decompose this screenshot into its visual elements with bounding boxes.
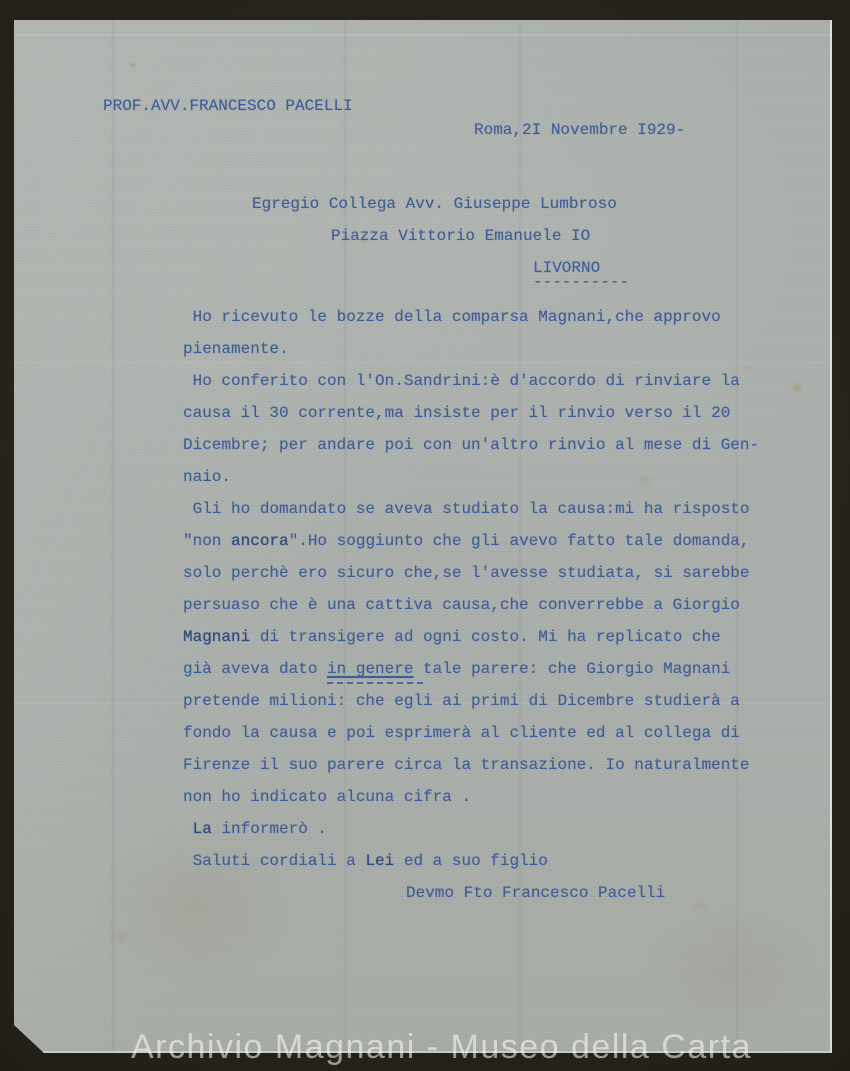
line-segment: non ho indicato alcuna cifra .: [183, 788, 471, 806]
line-segment: persuaso che è una cattiva causa,che con…: [183, 596, 740, 614]
recipient-line2: Piazza Vittorio Emanuele IO: [331, 220, 590, 252]
line-segment: ".Ho soggiunto che gli avevo fatto tale …: [289, 532, 750, 550]
letter-line: solo perchè ero sicuro che,se l'avesse s…: [183, 557, 759, 589]
underlined-phrase: in genere: [327, 660, 413, 678]
letter-line: Ho conferito con l'On.Sandrini:è d'accor…: [183, 365, 759, 397]
line-segment: già aveva dato: [183, 660, 327, 678]
line-segment: La: [193, 820, 212, 838]
letter-line: La informerò .: [183, 813, 759, 845]
letter-line: Firenze il suo parere circa la transazio…: [183, 749, 759, 781]
line-segment: Ho ricevuto le bozze della comparsa Magn…: [183, 308, 721, 326]
line-segment: Saluti cordiali a: [183, 852, 365, 870]
line-segment: Magnani: [183, 628, 250, 646]
line-segment: naio.: [183, 468, 231, 486]
line-segment: Firenze il suo parere circa la transazio…: [183, 756, 750, 774]
line-segment: [183, 820, 193, 838]
letter-line: Gli ho domandato se aveva studiato la ca…: [183, 493, 759, 525]
letter-line: pienamente.: [183, 333, 759, 365]
line-segment: "non: [183, 532, 231, 550]
letter-line: Ho ricevuto le bozze della comparsa Magn…: [183, 301, 759, 333]
line-segment: ancora: [231, 532, 289, 550]
letter-line: già aveva dato in genere tale parere: ch…: [183, 653, 759, 685]
letter-line: fondo la causa e poi esprimerà al client…: [183, 717, 759, 749]
line-segment: ed a suo figlio: [394, 852, 548, 870]
letter-line: naio.: [183, 461, 759, 493]
letter-line: persuaso che è una cattiva causa,che con…: [183, 589, 759, 621]
letter-line: Magnani di transigere ad ogni costo. Mi …: [183, 621, 759, 653]
line-segment: fondo la causa e poi esprimerà al client…: [183, 724, 740, 742]
line-segment: Gli ho domandato se aveva studiato la ca…: [183, 500, 750, 518]
line-segment: di transigere ad ogni costo. Mi ha repli…: [250, 628, 720, 646]
line-segment: causa il 30 corrente,ma insiste per il r…: [183, 404, 730, 422]
line-segment: pretende milioni: che egli ai primi di D…: [183, 692, 740, 710]
line-segment: informerò .: [212, 820, 327, 838]
archive-watermark: Archivio Magnani - Museo della Carta: [131, 1030, 752, 1064]
line-segment: Lei: [365, 852, 394, 870]
letter-line: pretende milioni: che egli ai primi di D…: [183, 685, 759, 717]
photo-stage: PROF.AVV.FRANCESCO PACELLI Roma,2I Novem…: [0, 0, 850, 1071]
sender-name: PROF.AVV.FRANCESCO PACELLI: [103, 90, 353, 122]
recipient-line1: Egregio Collega Avv. Giuseppe Lumbroso: [252, 188, 617, 220]
letter-line: "non ancora".Ho soggiunto che gli avevo …: [183, 525, 759, 557]
line-segment: Dicembre; per andare poi con un'altro ri…: [183, 436, 759, 454]
letter-paper: PROF.AVV.FRANCESCO PACELLI Roma,2I Novem…: [14, 20, 832, 1053]
line-segment: Ho conferito con l'On.Sandrini:è d'accor…: [183, 372, 740, 390]
signature-line: Devmo Fto Francesco Pacelli: [406, 877, 665, 909]
line-segment: pienamente.: [183, 340, 289, 358]
letter-line: Dicembre; per andare poi con un'altro ri…: [183, 429, 759, 461]
line-segment: tale parere: che Giorgio Magnani: [413, 660, 730, 678]
dateline: Roma,2I Novembre I929-: [474, 114, 685, 146]
letter-body: Ho ricevuto le bozze della comparsa Magn…: [183, 301, 759, 877]
line-segment: solo perchè ero sicuro che,se l'avesse s…: [183, 564, 750, 582]
city-underline: ----------: [533, 266, 629, 298]
letter-line: causa il 30 corrente,ma insiste per il r…: [183, 397, 759, 429]
letter-line: non ho indicato alcuna cifra .: [183, 781, 759, 813]
letter-line: Saluti cordiali a Lei ed a suo figlio: [183, 845, 759, 877]
